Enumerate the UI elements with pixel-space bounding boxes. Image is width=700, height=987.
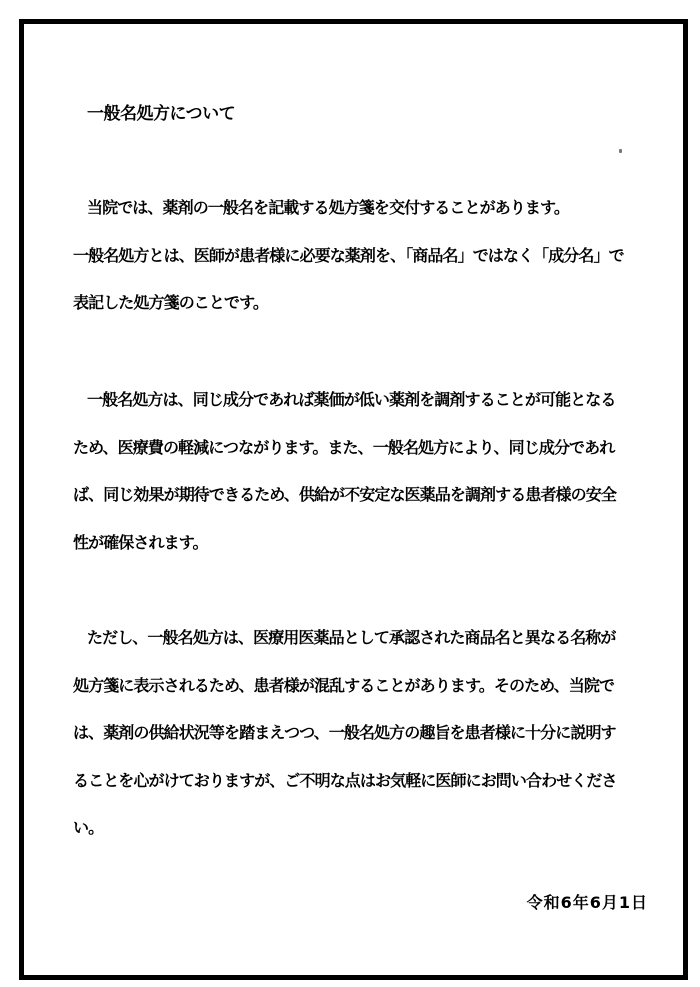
text-line: 一般名処方とは、医師が患者様に必要な薬剤を、「商品名」ではなく「成分名」で	[73, 232, 639, 280]
document-date: 令和6年6月1日	[527, 892, 648, 914]
paragraph-intro: 当院では、薬剤の一般名を記載する処方箋を交付することがあります。 一般名処方とは…	[73, 184, 639, 327]
text-line: い。	[73, 804, 639, 852]
text-line: ることを心がけておりますが、ご不明な点はお気軽に医師にお問い合わせくださ	[73, 757, 639, 805]
text-line: ため、医療費の軽減につながります。また、一般名処方により、同じ成分であれ	[73, 424, 639, 472]
document-title: 一般名処方について	[73, 103, 235, 125]
paragraph-caution: ただし、一般名処方は、医療用医薬品として承認された商品名と異なる名称が 処方箋に…	[73, 614, 639, 852]
text-line: 表記した処方箋のことです。	[73, 279, 639, 327]
text-line: は、薬剤の供給状況等を踏まえつつ、一般名処方の趣旨を患者様に十分に説明す	[73, 709, 639, 757]
text-line: 当院では、薬剤の一般名を記載する処方箋を交付することがあります。	[73, 184, 639, 232]
document-page: 一般名処方について 当院では、薬剤の一般名を記載する処方箋を交付することがありま…	[0, 0, 700, 987]
text-line: ば、同じ効果が期待できるため、供給が不安定な医薬品を調剤する患者様の安全	[73, 471, 639, 519]
text-line: 処方箋に表示されるため、患者様が混乱することがあります。そのため、当院で	[73, 662, 639, 710]
paragraph-benefits: 一般名処方は、同じ成分であれば薬価が低い薬剤を調剤することが可能となる ため、医…	[73, 376, 639, 566]
text-line: 一般名処方は、同じ成分であれば薬価が低い薬剤を調剤することが可能となる	[73, 376, 639, 424]
scan-speck	[619, 149, 622, 153]
text-line: ただし、一般名処方は、医療用医薬品として承認された商品名と異なる名称が	[73, 614, 639, 662]
text-line: 性が確保されます。	[73, 519, 639, 567]
